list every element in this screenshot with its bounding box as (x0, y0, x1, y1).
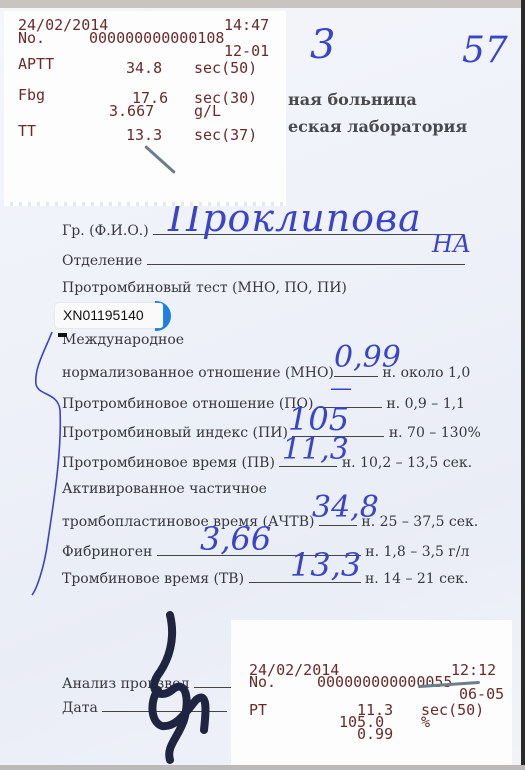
receipt-tt-value: 13.3 (126, 129, 162, 142)
receipt-b-no-label: No. (249, 676, 276, 689)
analyzer-receipt-pt: 24/02/2014 12:12 No. 000000000000055 06-… (231, 620, 512, 765)
receipt-b-inr-value: 0.99 (357, 728, 393, 741)
analyzer-receipt-coagulation: 24/02/2014 14:47 No. 000000000000108 12-… (4, 11, 286, 203)
receipt-fbg-gl-value: 3.667 (109, 105, 154, 118)
receipt-b-time: 12:12 (451, 664, 496, 677)
receipt-aptt-name: APTT (18, 58, 54, 71)
receipt-code: 12-01 (224, 45, 269, 58)
receipt-aptt-unit: sec(50) (194, 62, 257, 75)
receipt-b-pi-unit: % (421, 716, 430, 729)
receipt-fbg-name: Fbg (18, 89, 45, 102)
receipt-b-code: 06-05 (459, 688, 504, 701)
bracket-mark (32, 332, 60, 595)
receipt-aptt-value: 34.8 (126, 62, 162, 75)
signature-mark (152, 615, 205, 760)
receipt-no-label: No. (18, 32, 45, 45)
receipt-b-pt-name: PT (249, 704, 267, 717)
receipt-fbg-gl-unit: g/L (194, 105, 221, 118)
receipt-b-pt-unit: sec(50) (421, 704, 484, 717)
receipt-no-value: 000000000000108 (89, 32, 224, 45)
receipt-tt-unit: sec(37) (194, 129, 257, 142)
receipt-tt-name: TT (18, 125, 36, 138)
receipt-time: 14:47 (224, 19, 269, 32)
